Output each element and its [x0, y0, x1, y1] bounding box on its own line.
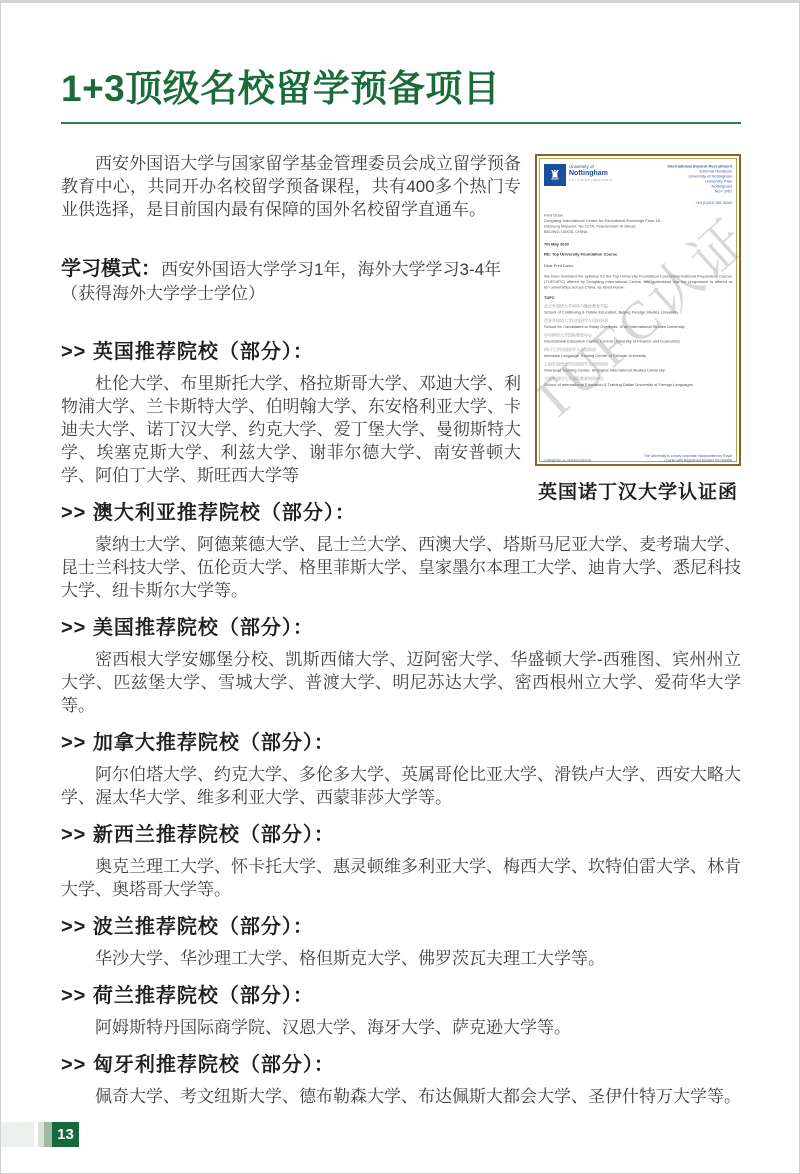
certificate-letter: ♜ University of Nottingham UK | CHINA | …	[535, 154, 741, 466]
addressee-line: BEIJING 100031 CHINA	[544, 229, 732, 235]
letterhead: ♜ University of Nottingham UK | CHINA | …	[544, 164, 732, 194]
section-body-hungary: 佩奇大学、考文纽斯大学、德布勒森大学、布达佩斯大都会大学、圣伊什特万大学等。	[61, 1085, 741, 1108]
letter-footer-link: nottingham.ac.uk/international	[544, 459, 591, 464]
study-mode-line1: 西安外国语大学学习1年，海外大学学习3-4年	[161, 260, 501, 279]
institution-cn: 大连外国语大学国际教育培训中心	[544, 376, 732, 382]
study-mode-label: 学习模式：	[61, 258, 161, 280]
institution-cn: 北京外国语大学网络与继续教育学院	[544, 304, 732, 310]
letter-addressee: Fred Duan Dongfang International Centre …	[544, 213, 732, 235]
dept-line: NG7 2RD	[668, 189, 732, 194]
institution-list: 北京外国语大学网络与继续教育学院 School of Continuing & …	[544, 304, 732, 388]
letterhead-address: International Student Recruitment Extern…	[668, 164, 732, 194]
page-content: 1+3顶级名校留学预备项目 ♜ University of Nottingham	[1, 3, 799, 1108]
letter-content: ♜ University of Nottingham UK | CHINA | …	[544, 164, 732, 464]
institution-en: School for Candidates to Study Overseas,…	[544, 324, 732, 330]
certificate-caption: 英国诺丁汉大学认证函	[535, 477, 741, 504]
marker-segment	[44, 1122, 52, 1147]
section-heading-usa: >> 美国推荐院校（部分）：	[61, 616, 741, 640]
institution-cn: 四川大学出国留学人员培训部	[544, 347, 732, 353]
title-underline	[61, 122, 741, 124]
certificate-figure: ♜ University of Nottingham UK | CHINA | …	[535, 154, 741, 504]
section-body-netherlands: 阿姆斯特丹国际商学院、汉恩大学、海牙大学、萨克逊大学等。	[61, 1016, 741, 1039]
section-body-usa: 密西根大学安娜堡分校、凯斯西储大学、迈阿密大学、华盛顿大学-西雅图、宾州州立大学…	[61, 648, 741, 717]
letter-footer: nottingham.ac.uk/international The Unive…	[544, 454, 732, 463]
page-number-badge: 13	[52, 1122, 79, 1147]
institution-en: International Education Center, Central …	[544, 339, 732, 345]
section-body-australia: 蒙纳士大学、阿德莱德大学、昆士兰大学、西澳大学、塔斯马尼亚大学、麦考瑞大学、昆士…	[61, 533, 741, 602]
letter-footer-note: The University is a body corporate incor…	[637, 454, 732, 463]
section-heading-canada: >> 加拿大推荐院校（部分）：	[61, 731, 741, 755]
section-body-poland: 华沙大学、华沙理工大学、格但斯克大学、佛罗茨瓦夫理工大学等。	[61, 947, 741, 970]
castle-icon: ♜	[544, 164, 566, 186]
nottingham-logo: ♜ University of Nottingham UK | CHINA | …	[544, 164, 613, 194]
letter-salutation: Dear Fred Duan,	[544, 263, 732, 269]
institution-en: School of International Education & Trai…	[544, 382, 732, 388]
section-body-new-zealand: 奥克兰理工大学、怀卡托大学、惠灵顿维多利亚大学、梅西大学、坎特伯雷大学、林肯大学…	[61, 855, 741, 901]
page-number-marker: 13	[1, 1122, 79, 1147]
letter-list-title: TUFC	[544, 295, 732, 301]
section-heading-hungary: >> 匈牙利推荐院校（部分）：	[61, 1053, 741, 1077]
section-body-canada: 阿尔伯塔大学、约克大学、多伦多大学、英属哥伦比亚大学、滑铁卢大学、西安大略大学、…	[61, 763, 741, 809]
institution-en: Overseas Training Center, Shanghai Inter…	[544, 368, 732, 374]
institution-en: Intensive Language Training Center of Si…	[544, 353, 732, 359]
institution-en: School of Continuing & Online Education,…	[544, 310, 732, 316]
section-heading-netherlands: >> 荷兰推荐院校（部分）：	[61, 984, 741, 1008]
institution-cn: 西安外国语大学出国留学人员培训部	[544, 318, 732, 324]
brochure-page: 1+3顶级名校留学预备项目 ♜ University of Nottingham	[0, 0, 800, 1174]
letter-body: We have reviewed the syllabus for the To…	[544, 274, 732, 291]
page-title: 1+3顶级名校留学预备项目	[61, 67, 741, 111]
study-mode-line2: （获得海外大学学士学位）	[61, 284, 265, 303]
logo-text: University of Nottingham UK | CHINA | MA…	[569, 164, 613, 184]
logo-subtitle: UK | CHINA | MALAYSIA	[569, 178, 613, 184]
institution-cn: 上海外国语大学出国留学人员培训部	[544, 362, 732, 368]
marker-segment	[1, 1122, 34, 1147]
section-heading-australia: >> 澳大利亚推荐院校（部分）：	[61, 501, 741, 525]
logo-text-bottom: Nottingham	[569, 169, 613, 177]
section-heading-new-zealand: >> 新西兰推荐院校（部分）：	[61, 823, 741, 847]
letter-date: 7th May 2020	[544, 242, 732, 248]
letter-subject: RE: Top University Foundation Course	[544, 252, 732, 258]
text-flow: ♜ University of Nottingham UK | CHINA | …	[61, 152, 741, 1108]
letter-phone: +44 (0)115 951 5244	[544, 200, 732, 206]
institution-cn: 中央财经大学国际教育中心	[544, 333, 732, 339]
section-heading-poland: >> 波兰推荐院校（部分）：	[61, 915, 741, 939]
